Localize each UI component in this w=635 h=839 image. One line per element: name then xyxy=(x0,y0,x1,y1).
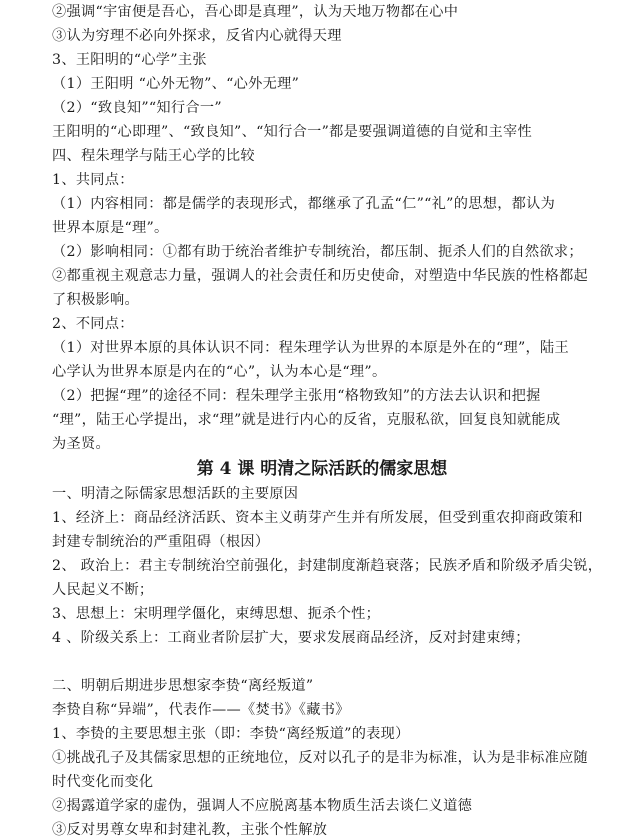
text-line: ①挑战孔子及其儒家思想的正统地位，反对以孔子的是非为标准，认为是非标准应随 xyxy=(52,746,588,770)
section-heading: 3、王阳明的“心学”主张 xyxy=(52,48,207,72)
section-heading: 二、明朝后期进步思想家李贽“离经叛道” xyxy=(52,674,313,698)
text-line: 4 、阶级关系上：工商业者阶层扩大，要求发展商品经济，反对封建束缚； xyxy=(52,626,530,650)
text-line: 1、经济上：商品经济活跃、资本主义萌芽产生并有所发展，但受到重农抑商政策和 xyxy=(52,506,583,530)
text-line: 封建专制统治的严重阻碍（根因） xyxy=(52,530,269,554)
text-line: （1）对世界本原的具体认识不同：程朱理学认为世界的本原是外在的“理”，陆王 xyxy=(52,336,569,360)
text-line: “理”，陆王心学提出，求“理”就是进行内心的反省，克服私欲，回复良知就能成 xyxy=(52,408,560,432)
text-line: 心学认为世界本原是内在的“心”，认为本心是“理”。 xyxy=(52,360,386,384)
text-line: ②都重视主观意志力量，强调人的社会责任和历史使命，对塑造中华民族的性格都起 xyxy=(52,264,588,288)
text-line: ③认为穷理不必向外探求，反省内心就得天理 xyxy=(52,24,342,48)
text-line: 李贽自称“异端”，代表作——《焚书》《藏书》 xyxy=(52,698,350,722)
subsection-heading: 2、不同点： xyxy=(52,312,134,336)
text-line: （1）王阳明 “心外无物”、“心外无理” xyxy=(52,72,299,96)
text-line: ②强调“宇宙便是吾心，吾心即是真理”，认为天地万物都在心中 xyxy=(52,0,458,24)
section-heading: 四、程朱理学与陆王心学的比较 xyxy=(52,144,255,168)
text-line: （2）影响相同：①都有助于统治者维护专制统治，都压制、扼杀人们的自然欲求； xyxy=(52,240,583,264)
text-line: 2、 政治上：君主专制统治空前强化，封建制度渐趋衰落；民族矛盾和阶级矛盾尖锐， xyxy=(52,554,602,578)
text-line: ③反对男尊女卑和封建礼教，主张个性解放 xyxy=(52,818,327,839)
text-line: （2）把握“理”的途径不同：程朱理学主张用“格物致知”的方法去认识和把握 xyxy=(52,384,541,408)
text-line: ②揭露道学家的虚伪，强调人不应脱离基本物质生活去谈仁义道德 xyxy=(52,794,472,818)
text-line: （1）内容相同：都是儒学的表现形式，都继承了孔孟“仁”“礼”的思想，都认为 xyxy=(52,192,555,216)
text-line: 人民起义不断； xyxy=(52,578,153,602)
text-line: 了积极影响。 xyxy=(52,288,139,312)
section-heading: 一、明清之际儒家思想活跃的主要原因 xyxy=(52,482,298,506)
text-line: 3、思想上：宋明理学僵化，束缚思想、扼杀个性； xyxy=(52,602,380,626)
text-line: 王阳明的“心即理”、“致良知”、“知行合一”都是要强调道德的自觉和主宰性 xyxy=(52,120,532,144)
text-line: 为圣贤。 xyxy=(52,432,110,456)
text-line: 世界本原是“理”。 xyxy=(52,216,169,240)
subsection-heading: 1、共同点： xyxy=(52,168,134,192)
text-line: 时代变化而变化 xyxy=(52,770,153,794)
text-line: （2）“致良知”“知行合一” xyxy=(52,96,222,120)
lesson-title: 第 4 课 明清之际活跃的儒家思想 xyxy=(52,455,592,483)
subsection-heading: 1、李贽的主要思想主张（即：李贽“离经叛道”的表现） xyxy=(52,722,410,746)
